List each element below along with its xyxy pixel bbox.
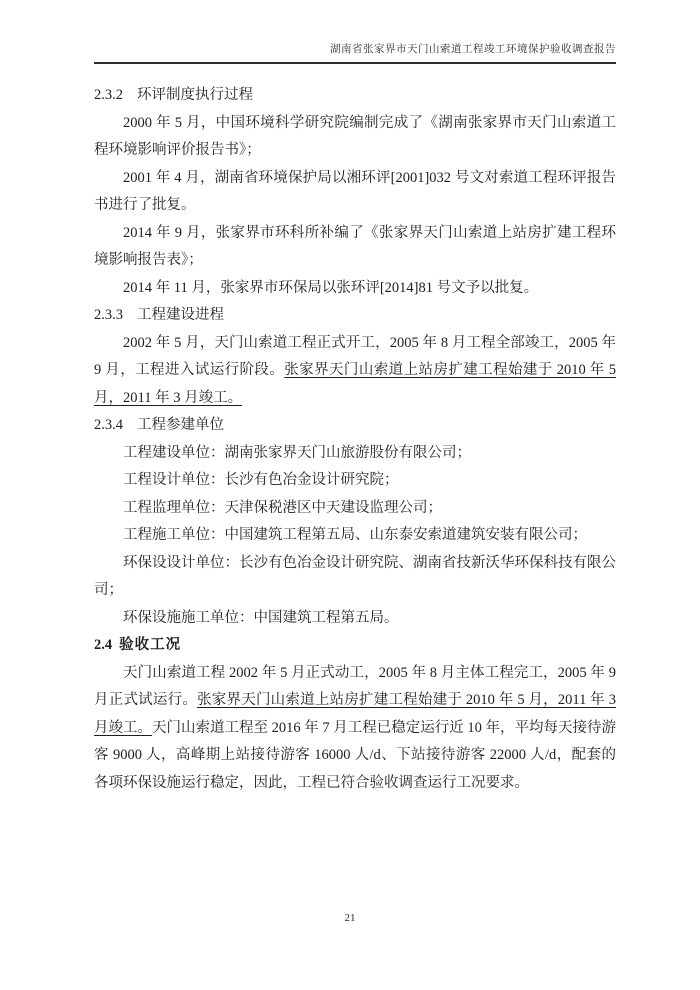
section-heading-2.4: 2.4验收工况 xyxy=(94,632,616,660)
text-run: 2014 年 9 月，张家界市环科所补编了《张家界天门山索道上站房扩建工程环境影… xyxy=(94,225,616,269)
page-number: 21 xyxy=(0,912,700,924)
document-content: 2.3.2环评制度执行过程2000 年 5 月，中国环境科学研究院编制完成了《湖… xyxy=(94,82,616,797)
section-number: 2.3.4 xyxy=(94,412,123,440)
text-run: 环保设设计单位：长沙有色冶金设计研究院、湖南省技新沃华环保科技有限公司； xyxy=(94,555,616,599)
section-number: 2.4 xyxy=(94,632,112,660)
document-page: 湖南省张家界市天门山索道工程竣工环境保护验收调查报告 2.3.2环评制度执行过程… xyxy=(0,0,700,990)
text-run: 工程施工单位：中国建筑工程第五局、山东泰安索道建筑安装有限公司； xyxy=(123,527,587,543)
page-header-title: 湖南省张家界市天门山索道工程竣工环境保护验收调查报告 xyxy=(94,42,616,64)
text-run: 环保设施施工单位：中国建筑工程第五局。 xyxy=(123,610,399,626)
section-title: 工程建设进程 xyxy=(137,307,224,323)
text-run: 工程监理单位：天津保税港区中天建设监理公司； xyxy=(123,500,442,516)
section-title: 工程参建单位 xyxy=(137,417,224,433)
paragraph: 工程设计单位：长沙有色冶金设计研究院； xyxy=(94,467,616,495)
paragraph: 2014 年 9 月，张家界市环科所补编了《张家界天门山索道上站房扩建工程环境影… xyxy=(94,220,616,275)
text-run: 天门山索道工程至 2016 年 7 月工程已稳定运行近 10 年，平均每天接待游… xyxy=(94,720,616,791)
paragraph: 工程建设单位：湖南张家界天门山旅游股份有限公司； xyxy=(94,440,616,468)
paragraph: 2000 年 5 月，中国环境科学研究院编制完成了《湖南张家界市天门山索道工程环… xyxy=(94,110,616,165)
paragraph: 环保设设计单位：长沙有色冶金设计研究院、湖南省技新沃华环保科技有限公司； xyxy=(94,550,616,605)
text-run: 工程建设单位：湖南张家界天门山旅游股份有限公司； xyxy=(123,445,471,461)
section-heading-2.3.4: 2.3.4工程参建单位 xyxy=(94,412,616,440)
paragraph: 工程监理单位：天津保税港区中天建设监理公司； xyxy=(94,495,616,523)
section-number: 2.3.2 xyxy=(94,82,123,110)
section-heading-2.3.2: 2.3.2环评制度执行过程 xyxy=(94,82,616,110)
text-run: 2014 年 11 月，张家界市环保局以张环评[2014]81 号文予以批复。 xyxy=(123,280,538,296)
section-title: 环评制度执行过程 xyxy=(137,87,253,103)
paragraph: 2002 年 5 月，天门山索道工程正式开工，2005 年 8 月工程全部竣工，… xyxy=(94,330,616,413)
paragraph: 2001 年 4 月，湖南省环境保护局以湘环评[2001]032 号文对索道工程… xyxy=(94,165,616,220)
paragraph: 天门山索道工程 2002 年 5 月正式动工，2005 年 8 月主体工程完工，… xyxy=(94,660,616,798)
section-heading-2.3.3: 2.3.3工程建设进程 xyxy=(94,302,616,330)
paragraph: 环保设施施工单位：中国建筑工程第五局。 xyxy=(94,605,616,633)
text-run: 工程设计单位：长沙有色冶金设计研究院； xyxy=(123,472,399,488)
section-number: 2.3.3 xyxy=(94,302,123,330)
text-run: 2001 年 4 月，湖南省环境保护局以湘环评[2001]032 号文对索道工程… xyxy=(94,170,616,214)
text-run: 2000 年 5 月，中国环境科学研究院编制完成了《湖南张家界市天门山索道工程环… xyxy=(94,115,616,159)
paragraph: 2014 年 11 月，张家界市环保局以张环评[2014]81 号文予以批复。 xyxy=(94,275,616,303)
paragraph: 工程施工单位：中国建筑工程第五局、山东泰安索道建筑安装有限公司； xyxy=(94,522,616,550)
section-title: 验收工况 xyxy=(119,637,181,653)
